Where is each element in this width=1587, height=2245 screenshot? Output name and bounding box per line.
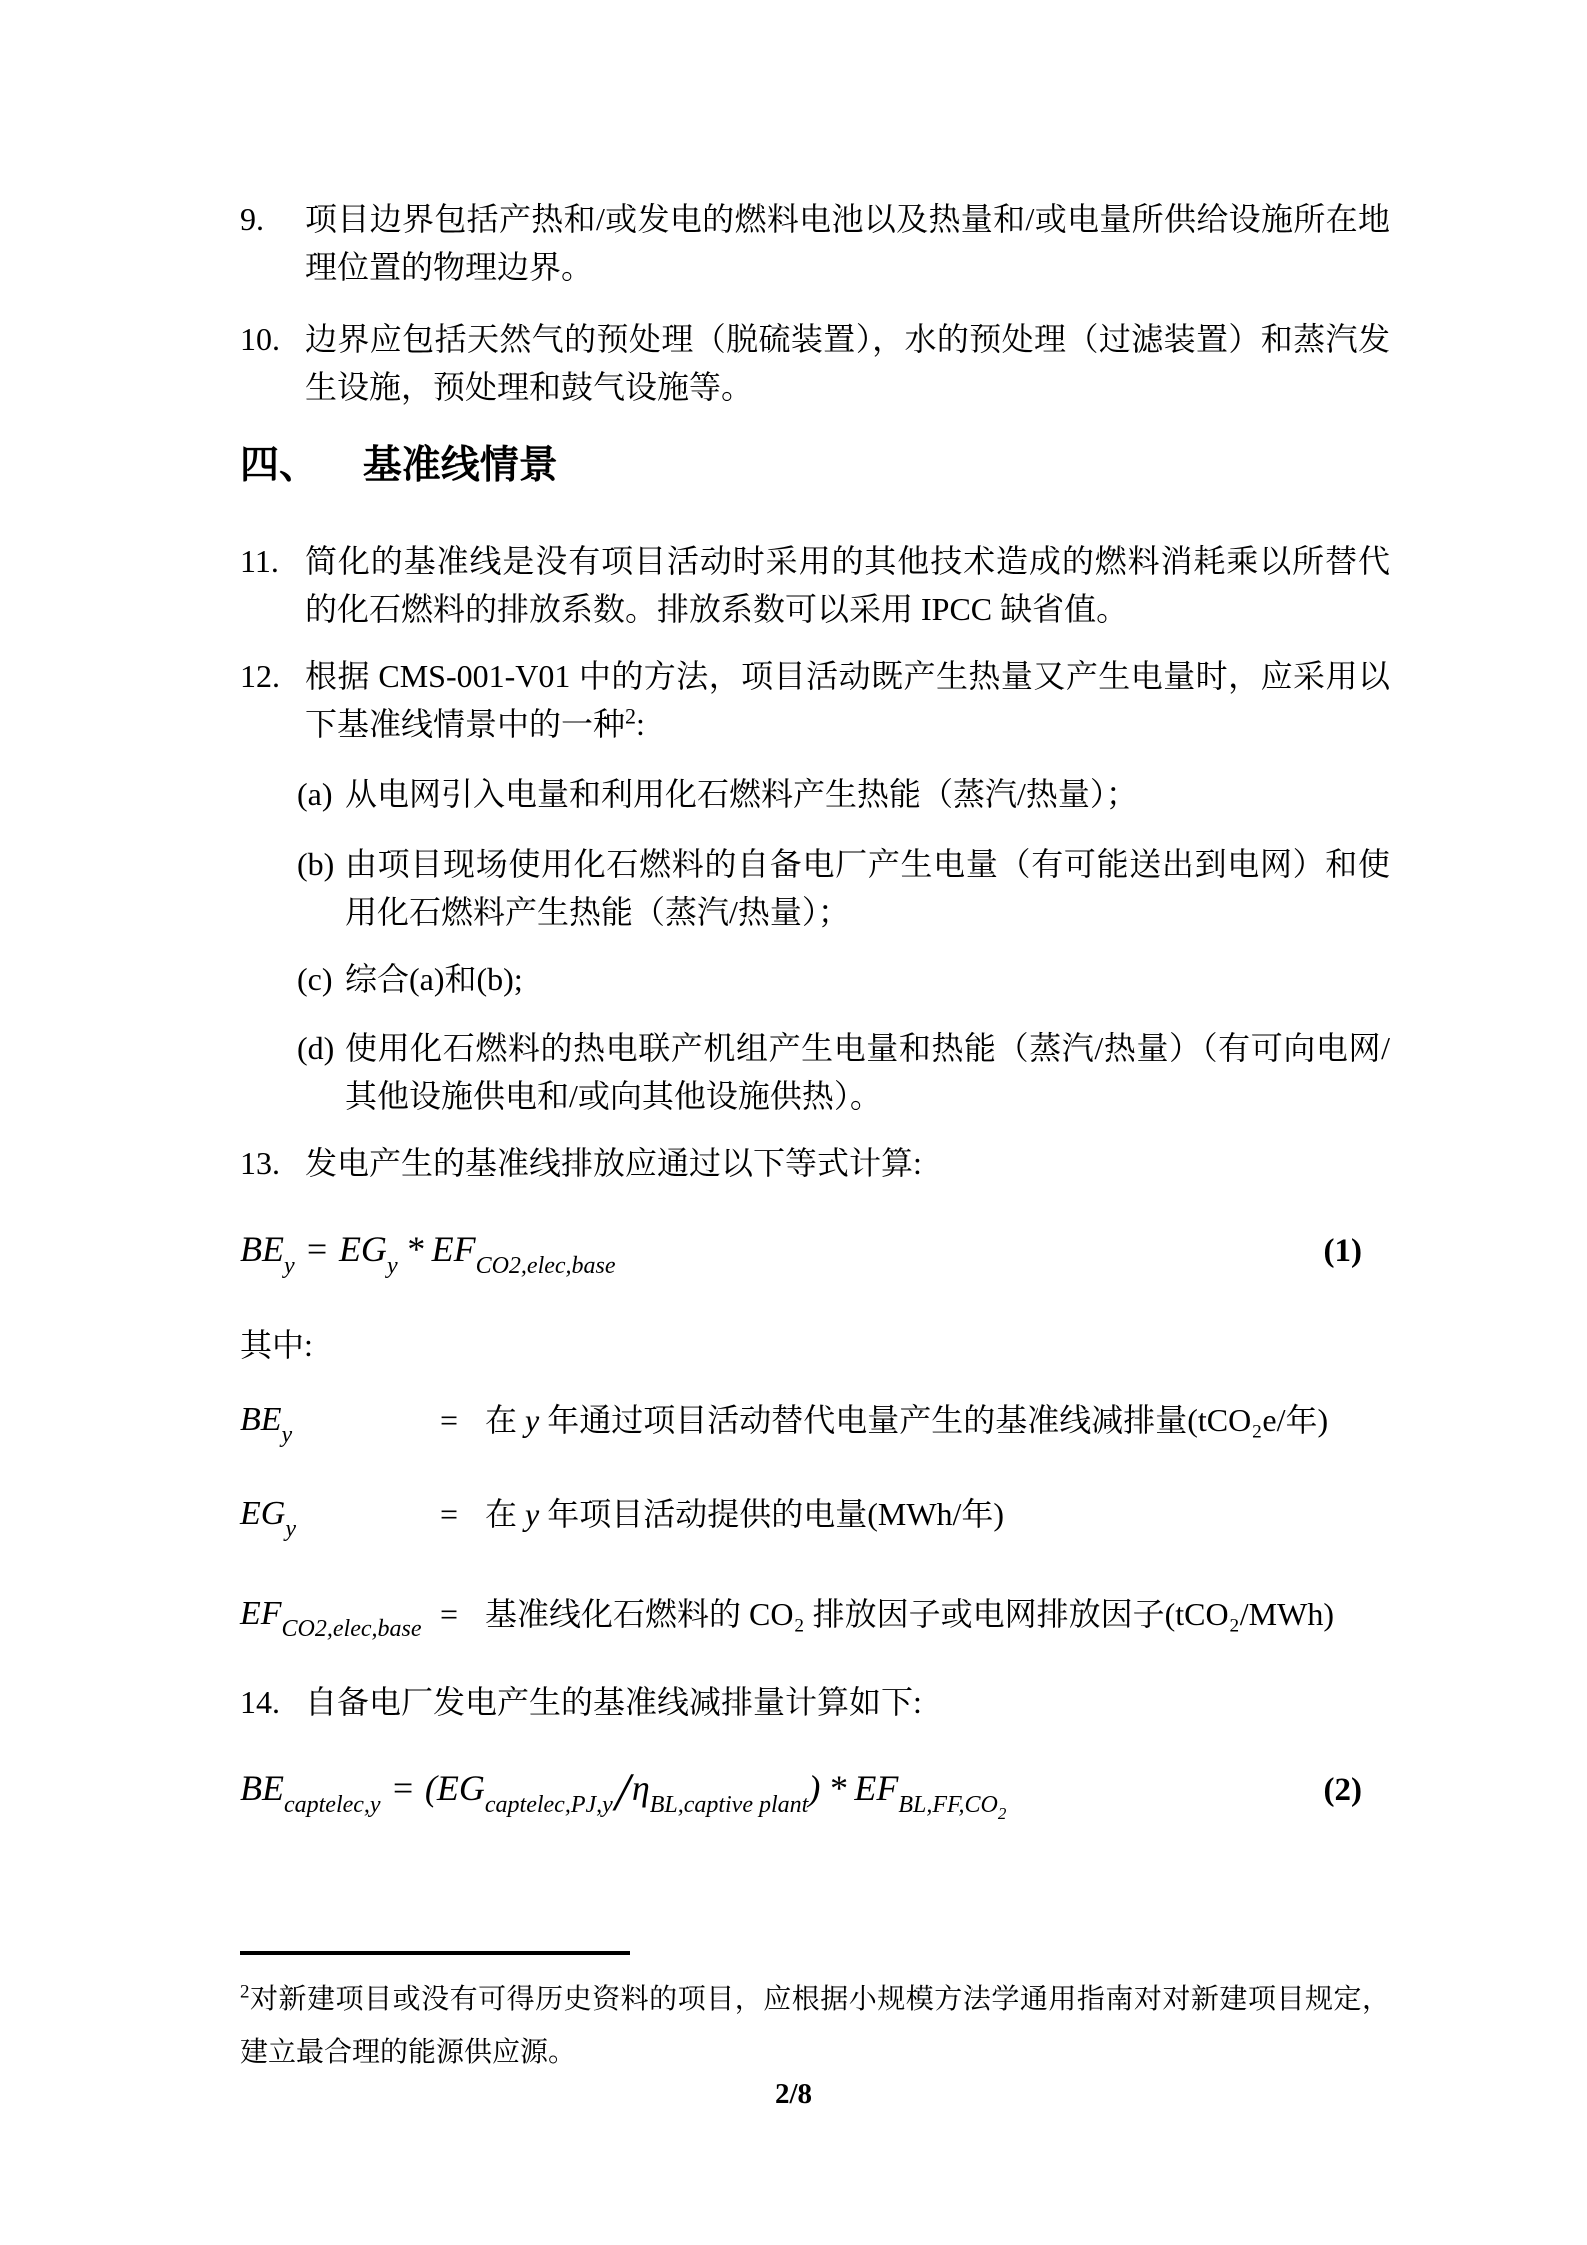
page-content: 9. 项目边界包括产热和/或发电的燃料电池以及热量和/或电量所供给设施所在地理位… (240, 195, 1390, 1820)
section-heading-number: 四、 (240, 438, 353, 494)
page-number: 2/8 (0, 2078, 1587, 2111)
definition-description: 基准线化石燃料的 CO₂ 排放因子或电网排放因子(tCO₂/MWh) (485, 1588, 1390, 1640)
equation-subscript: captelec,y (284, 1792, 381, 1818)
item-text: 边界应包括天然气的预处理（脱硫装置），水的预处理（过滤装置）和蒸汽发生设施，预处… (305, 321, 1390, 405)
equation-subscript: CO2,elec,base (476, 1253, 616, 1279)
item-number: 12. (240, 652, 280, 700)
item-text: 项目边界包括产热和/或发电的燃料电池以及热量和/或电量所供给设施所在地理位置的物… (305, 201, 1390, 285)
subitem-text: 使用化石燃料的热电联产机组产生电量和热能（蒸汽/热量）（有可向电网/其他设施供电… (345, 1030, 1390, 1114)
subitem-text: 从电网引入电量和利用化石燃料产生热能（蒸汽/热量）； (345, 776, 1138, 812)
numbered-item-11: 11. 简化的基准线是没有项目活动时采用的其他技术造成的燃料消耗乘以所替代的化石… (240, 537, 1390, 633)
equals-sign: = (440, 1588, 485, 1640)
subitem-d: (d) 使用化石燃料的热电联产机组产生电量和热能（蒸汽/热量）（有可向电网/其他… (297, 1024, 1390, 1120)
description-variable: y (525, 1496, 539, 1532)
equation-term: BE (240, 1768, 284, 1808)
item-text: 自备电厂发电产生的基准线减排量计算如下: (305, 1684, 922, 1720)
subitem-marker: (a) (297, 770, 333, 818)
equals-sign: = (391, 1768, 415, 1808)
subitem-b: (b) 由项目现场使用化石燃料的自备电厂产生电量（有可能送出到电网）和使用化石燃… (297, 840, 1390, 936)
equals-sign: = (440, 1488, 485, 1540)
footnote-reference: 2 (625, 703, 636, 728)
footnote-area: 2对新建项目或没有可得历史资料的项目，应根据小规模方法学通用指南对对新建项目规定… (240, 1951, 1390, 2079)
equation-subscript: captelec,PJ,y (485, 1792, 613, 1818)
subitem-text: 由项目现场使用化石燃料的自备电厂产生电量（有可能送出到电网）和使用化石燃料产生热… (345, 846, 1390, 930)
numbered-item-13: 13. 发电产生的基准线排放应通过以下等式计算: (240, 1139, 1390, 1187)
subitem-marker: (d) (297, 1024, 334, 1072)
footnote-text: 对新建项目或没有可得历史资料的项目，应根据小规模方法学通用指南对对新建项目规定，… (240, 1984, 1390, 2068)
subitem-c: (c) 综合(a)和(b); (297, 955, 1390, 1003)
subitem-a: (a) 从电网引入电量和利用化石燃料产生热能（蒸汽/热量）； (297, 770, 1390, 818)
nested-subscript: 2 (998, 1804, 1007, 1823)
numbered-item-9: 9. 项目边界包括产热和/或发电的燃料电池以及热量和/或电量所供给设施所在地理位… (240, 195, 1390, 291)
equation-term: EG (437, 1768, 485, 1808)
definition-symbol: EFCO2,elec,base (240, 1588, 440, 1640)
division-slash: / (615, 1762, 630, 1822)
description-text: 基准线化石燃料的 CO₂ 排放因子或电网排放因子(tCO₂/MWh) (485, 1596, 1334, 1632)
equation-subscript: y (387, 1253, 398, 1279)
symbol-subscript: y (285, 1516, 296, 1542)
subitem-marker: (c) (297, 955, 333, 1003)
item-number: 10. (240, 315, 280, 363)
multiplication-sign: * (406, 1229, 424, 1269)
description-text: 年项目活动提供的电量(MWh/年) (539, 1496, 1004, 1532)
equation-term: EG (339, 1229, 387, 1269)
equation-2: BEcaptelec,y=(EGcaptelec,PJ,y/ηBL,captiv… (240, 1756, 1390, 1820)
item-text: 简化的基准线是没有项目活动时采用的其他技术造成的燃料消耗乘以所替代的化石燃料的排… (305, 543, 1390, 627)
where-label: 其中: (240, 1321, 1390, 1369)
subscript-text: BL,FF,CO (898, 1792, 998, 1818)
equation-number: (1) (1324, 1219, 1362, 1283)
description-text: 年通过项目活动替代电量产生的基准线减排量(tCO₂e/年) (539, 1402, 1328, 1438)
equals-sign: = (305, 1229, 329, 1269)
subitem-marker: (b) (297, 840, 334, 888)
item-number: 9. (240, 195, 264, 243)
section-heading-title: 基准线情景 (363, 444, 558, 487)
equation-1: BEy=EGy*EFCO2,elec,base (1) (240, 1217, 1390, 1281)
subitem-text: 综合(a)和(b); (345, 961, 523, 997)
equation-term: BE (240, 1229, 284, 1269)
footnote: 2对新建项目或没有可得历史资料的项目，应根据小规模方法学通用指南对对新建项目规定… (240, 1973, 1390, 2079)
numbered-item-14: 14. 自备电厂发电产生的基准线减排量计算如下: (240, 1678, 1390, 1726)
item-number: 11. (240, 537, 279, 585)
definition-symbol: EGy (240, 1488, 440, 1540)
definition-description: 在 y 年项目活动提供的电量(MWh/年) (485, 1488, 1390, 1540)
definition-row: EGy = 在 y 年项目活动提供的电量(MWh/年) (240, 1488, 1390, 1540)
item-text-tail: : (636, 706, 645, 742)
description-text: 在 (485, 1402, 525, 1438)
symbol-subscript: CO2,elec,base (282, 1616, 422, 1642)
open-paren: ( (425, 1768, 437, 1808)
equation-subscript: BL,FF,CO2 (898, 1792, 1006, 1818)
symbol-base: EG (240, 1495, 285, 1532)
equation-number: (2) (1324, 1758, 1362, 1822)
definition-description: 在 y 年通过项目活动替代电量产生的基准线减排量(tCO₂e/年) (485, 1394, 1390, 1446)
description-variable: y (525, 1402, 539, 1438)
equation-term: EF (432, 1229, 476, 1269)
item-number: 13. (240, 1139, 280, 1187)
symbol-base: EF (240, 1595, 282, 1632)
numbered-item-10: 10. 边界应包括天然气的预处理（脱硫装置），水的预处理（过滤装置）和蒸汽发生设… (240, 315, 1390, 411)
description-text: 在 (485, 1496, 525, 1532)
item-text: 发电产生的基准线排放应通过以下等式计算: (305, 1145, 922, 1181)
equation-term: η (632, 1768, 650, 1808)
equation-subscript: BL,captive plant (650, 1792, 809, 1818)
definition-symbol: BEy (240, 1394, 440, 1446)
equals-sign: = (440, 1394, 485, 1446)
item-number: 14. (240, 1678, 280, 1726)
document-page: 9. 项目边界包括产热和/或发电的燃料电池以及热量和/或电量所供给设施所在地理位… (0, 0, 1587, 2245)
symbol-base: BE (240, 1401, 282, 1438)
equation-subscript: y (284, 1253, 295, 1279)
footnote-separator (240, 1951, 630, 1955)
definition-row: EFCO2,elec,base = 基准线化石燃料的 CO₂ 排放因子或电网排放… (240, 1588, 1390, 1640)
equation-term: EF (854, 1768, 898, 1808)
symbol-subscript: y (282, 1422, 293, 1448)
numbered-item-12: 12. 根据 CMS-001-V01 中的方法，项目活动既产生热量又产生电量时，… (240, 652, 1390, 748)
close-paren: ) (808, 1768, 820, 1808)
item-text: 根据 CMS-001-V01 中的方法，项目活动既产生热量又产生电量时，应采用以… (305, 658, 1390, 742)
definition-row: BEy = 在 y 年通过项目活动替代电量产生的基准线减排量(tCO₂e/年) (240, 1394, 1390, 1446)
footnote-marker: 2 (240, 1982, 250, 2003)
section-heading: 四、 基准线情景 (240, 438, 1390, 494)
multiplication-sign: * (828, 1768, 846, 1808)
